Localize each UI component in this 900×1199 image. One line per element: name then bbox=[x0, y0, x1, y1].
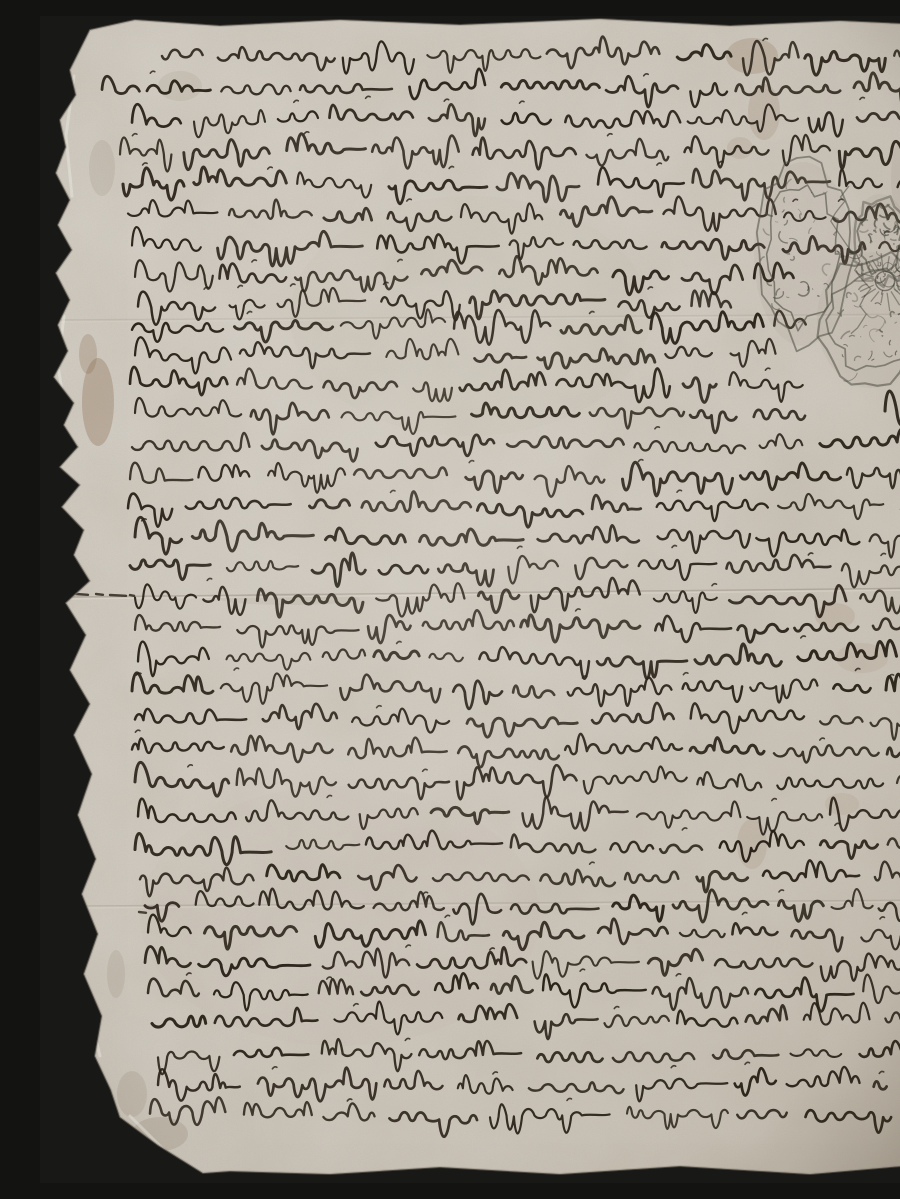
vignette-shading bbox=[40, 16, 900, 1183]
manuscript-photo: Photograph of an aged handwritten manusc… bbox=[40, 16, 900, 1183]
manuscript-canvas bbox=[40, 16, 900, 1183]
